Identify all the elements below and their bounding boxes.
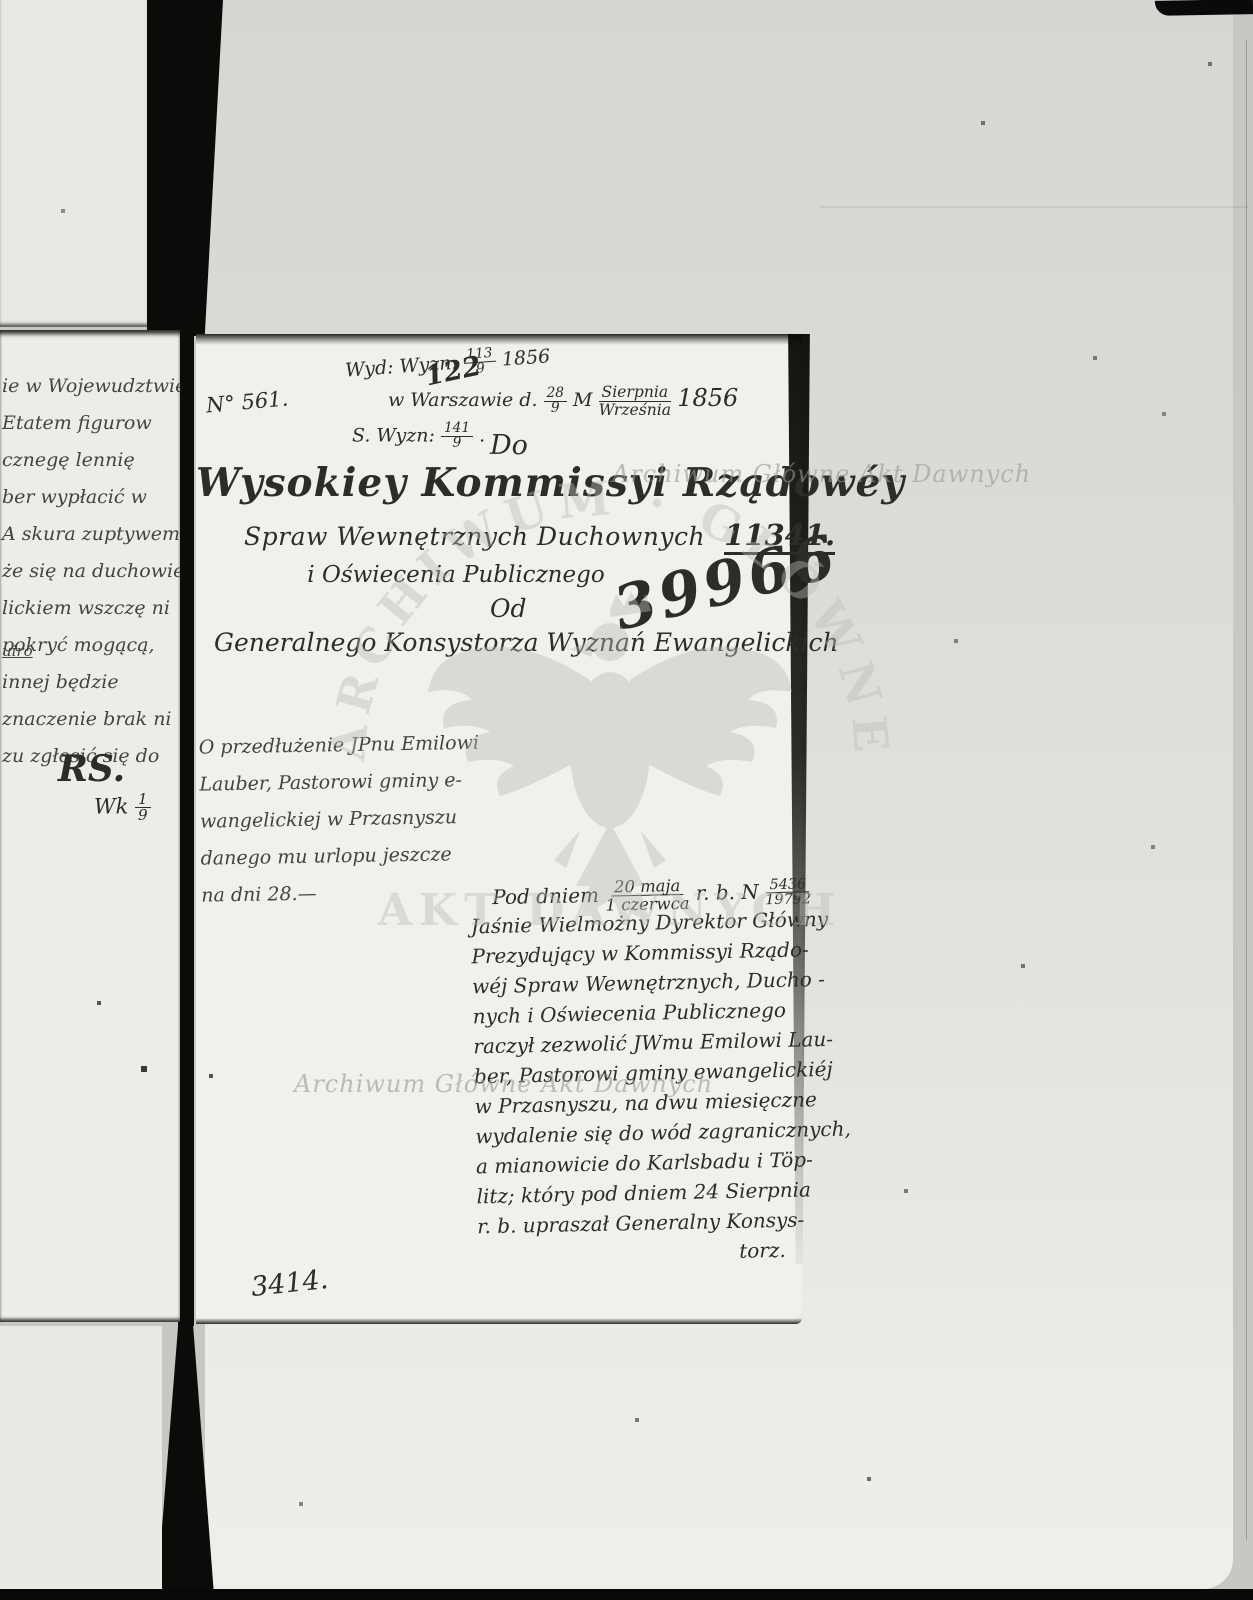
document-number: N° 561. bbox=[205, 386, 289, 417]
clerk-note: Wk 1 9 bbox=[94, 792, 151, 824]
handwritten-line: lickiem wszczę ni bbox=[2, 590, 180, 627]
handwritten-line: cznegę lennię bbox=[2, 442, 180, 479]
to-label: Do bbox=[490, 430, 528, 461]
page-edge-top bbox=[196, 334, 802, 345]
clerk-note-fraction: 1 9 bbox=[135, 792, 151, 824]
fraction-denominator: 9 bbox=[453, 437, 462, 451]
month-new-style: Września bbox=[599, 402, 671, 418]
handwritten-line: A skura zuptywem bbox=[2, 516, 180, 553]
clerk-note-prefix: Wk bbox=[94, 794, 128, 818]
month-stack: Sierpnia Września bbox=[599, 384, 672, 418]
archival-scan: ie w Wojewudztwie Etatem figurow cznegę … bbox=[0, 0, 1253, 1600]
fraction-denominator: 9 bbox=[138, 808, 148, 823]
month-abbrev: M bbox=[573, 389, 592, 411]
scan-edge-line bbox=[1246, 40, 1247, 1540]
dust-specks bbox=[0, 0, 2, 2]
handwritten-line: Etatem figurow bbox=[2, 405, 180, 442]
handwritten-line: innej będzie bbox=[2, 664, 180, 701]
registry-prefix: S. Wyzn: bbox=[352, 424, 435, 446]
dept-annotation-year: 1856 bbox=[501, 345, 551, 370]
archive-stamp-watermark: ARCHIWUM · GŁÓWNE AKT DAWNYCH bbox=[300, 470, 920, 1090]
year: 1856 bbox=[677, 384, 738, 412]
fraction-denominator: 9 bbox=[551, 402, 560, 416]
lower-left-page-fragment bbox=[0, 1326, 162, 1589]
folio-reference: 3414. bbox=[250, 1264, 330, 1303]
archive-line-watermark: Archiwum Główne Akt Dawnych bbox=[612, 460, 1031, 488]
page-edge-bottom bbox=[196, 1318, 802, 1324]
handwritten-line: znaczenie brak ni bbox=[2, 701, 180, 738]
handwritten-line: ie w Wojewudztwie bbox=[2, 368, 180, 405]
previous-page-fragment: ie w Wojewudztwie Etatem figurow cznegę … bbox=[0, 330, 180, 1322]
polish-eagle-icon bbox=[428, 592, 792, 918]
registry-note: S. Wyzn: 141 9 . bbox=[352, 422, 485, 451]
film-edge-corner bbox=[1155, 0, 1253, 16]
registry-suffix: . bbox=[479, 424, 485, 446]
day-fraction: 28 9 bbox=[544, 387, 567, 416]
handwritten-line: że się na duchowie bbox=[2, 553, 180, 590]
place-label: w Warszawie d. bbox=[388, 389, 538, 411]
registry-fraction: 141 9 bbox=[441, 422, 473, 451]
binding-gap-middle bbox=[178, 326, 194, 1326]
previous-page-text: ie w Wojewudztwie Etatem figurow cznegę … bbox=[2, 368, 180, 775]
initials-signature: RS. bbox=[58, 748, 125, 790]
film-edge-bottom bbox=[0, 1589, 1253, 1600]
place-date-line: w Warszawie d. 28 9 M Sierpnia Września … bbox=[388, 384, 738, 418]
paper-fold-line bbox=[820, 206, 1248, 208]
top-left-page-fragment bbox=[0, 0, 148, 327]
archive-line-watermark: Archiwum Główne Akt Dawnych bbox=[294, 1070, 713, 1098]
handwritten-line: ber wypłacić w bbox=[2, 479, 180, 516]
month-old-style: Sierpnia bbox=[599, 384, 672, 401]
underlined-word: uiro bbox=[2, 642, 33, 660]
